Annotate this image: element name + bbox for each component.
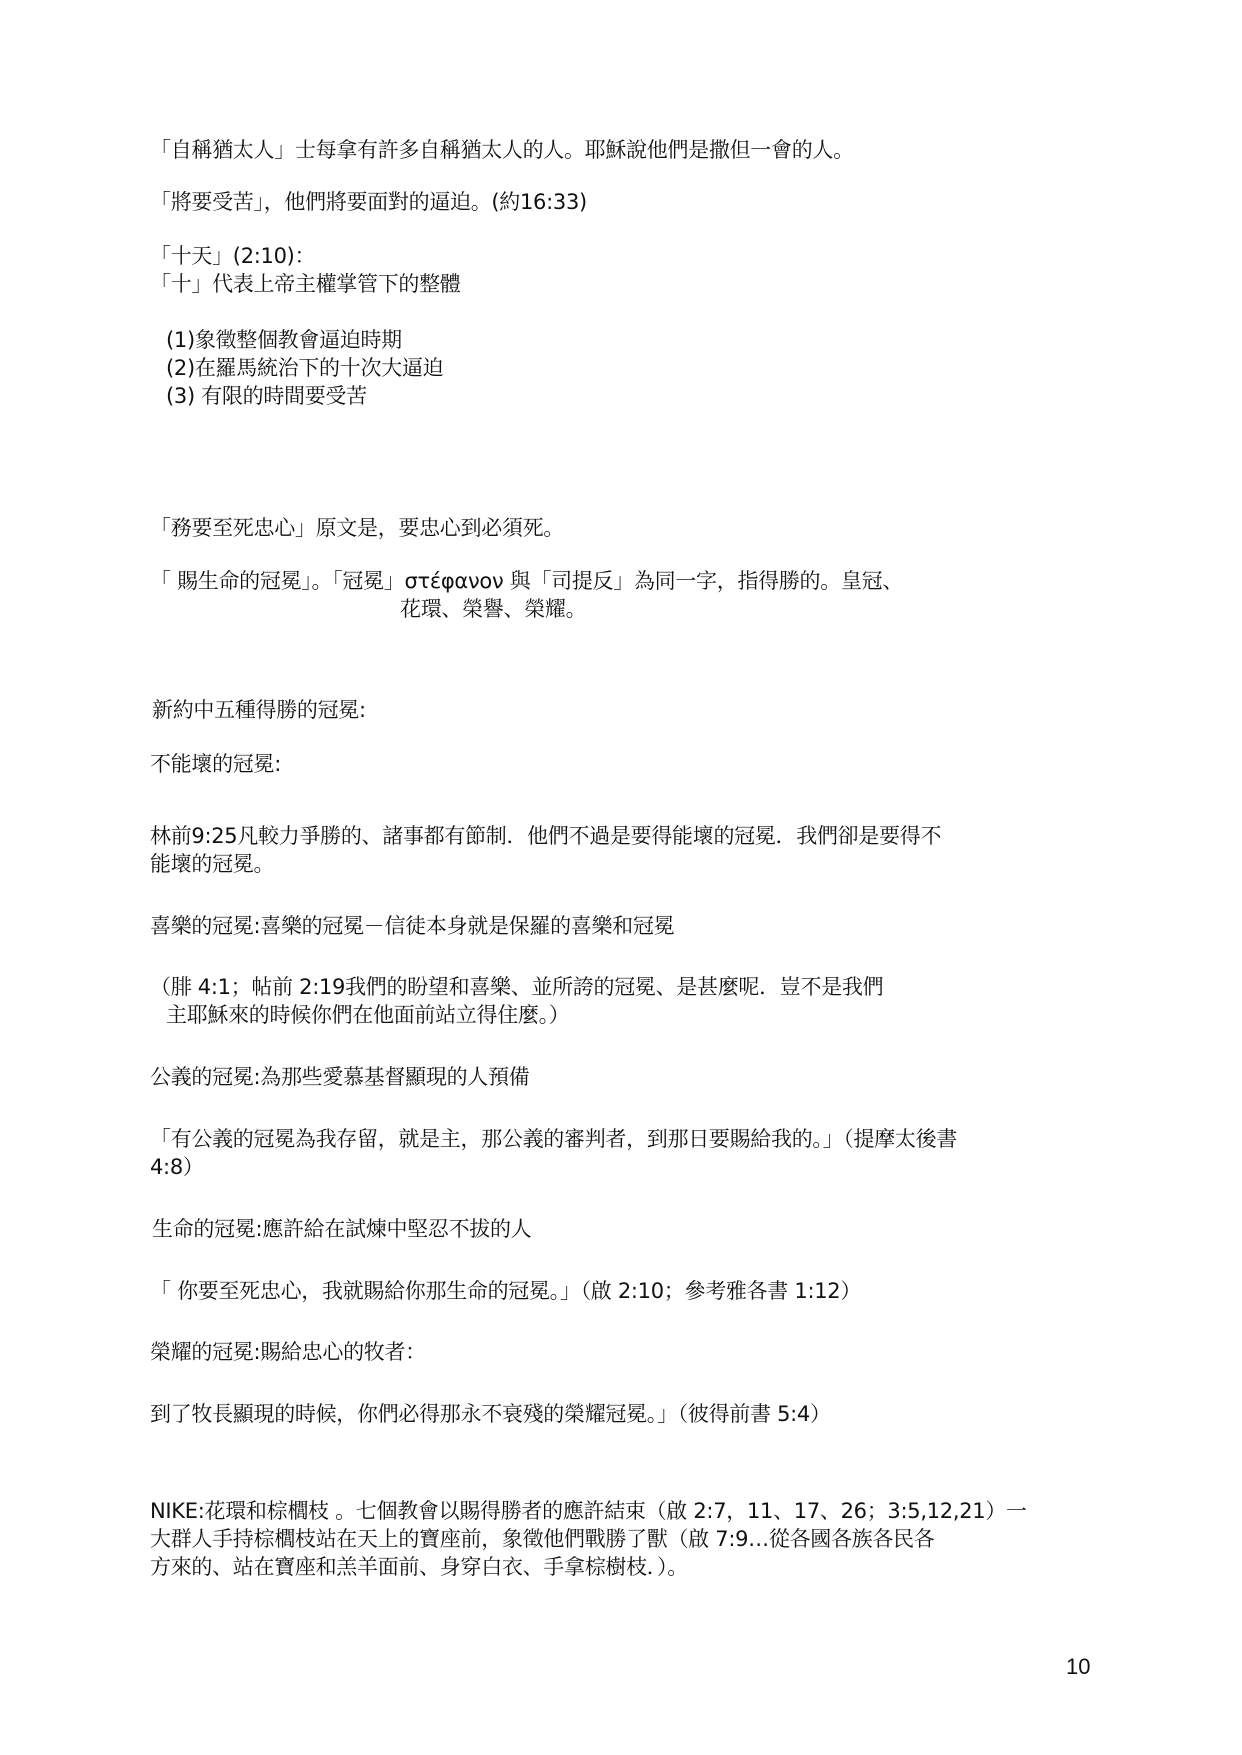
- paragraph-rev-2-10: 「 你要至死忠心，我就賜給你那生命的冠冕。」（啟 2:10；參考雅各書 1:12…: [150, 1277, 861, 1305]
- paragraph-be-faithful: 「務要至死忠心」原文是，要忠心到必須死。: [150, 514, 564, 542]
- paragraph-nike: NIKE:花環和棕櫚枝 。七個教會以賜得勝者的應許結束（啟 2:7，11、17、…: [150, 1497, 1027, 1525]
- paragraph-will-suffer: 「將要受苦」，他們將要面對的逼迫。(約16:33): [150, 188, 587, 216]
- paragraph-self-proclaimed-jews: 「自稱猶太人」士每拿有許多自稱猶太人的人。耶穌說他們是撒但一會的人。: [150, 136, 854, 164]
- paragraph-crown-of-life-cont: 花環、榮譽、榮耀。: [400, 595, 586, 623]
- page-number: 10: [1066, 1654, 1090, 1680]
- paragraph-ten-meaning: 「十」代表上帝主權掌管下的整體: [150, 270, 461, 298]
- paragraph-phil-thess: （腓 4:1；帖前 2:19我們的盼望和喜樂、並所誇的冠冕、是甚麼呢．豈不是我們: [150, 973, 883, 1001]
- paragraph-nike-cont-1: 大群人手持棕櫚枝站在天上的寶座前，象徵他們戰勝了獸（啟 7:9…從各國各族各民各: [150, 1525, 934, 1553]
- heading-five-crowns: 新約中五種得勝的冠冕:: [152, 696, 366, 724]
- list-item-3: (3) 有限的時間要受苦: [166, 382, 367, 410]
- paragraph-phil-thess-cont: 主耶穌來的時候你們在他面前站立得住麼。）: [166, 1001, 570, 1029]
- paragraph-1cor-9-25: 林前9:25凡較力爭勝的、諸事都有節制．他們不過是要得能壞的冠冕．我們卻是要得不: [150, 822, 941, 850]
- paragraph-crown-of-life: 「 賜生命的冠冕」。「冠冕」στέφανον 與「司提反」為同一字，指得勝的。皇…: [150, 567, 903, 595]
- list-item-1: (1)象徵整個教會逼迫時期: [166, 326, 402, 354]
- paragraph-2tim-4-8-cont: 4:8）: [150, 1153, 204, 1181]
- heading-crown-of-life: 生命的冠冕:應許給在試煉中堅忍不拔的人: [152, 1215, 531, 1243]
- paragraph-1pet-5-4: 到了牧長顯現的時候，你們必得那永不衰殘的榮耀冠冕。」（彼得前書 5:4）: [150, 1400, 831, 1428]
- paragraph-nike-cont-2: 方來的、站在寶座和羔羊面前、身穿白衣、手拿棕樹枝．）。: [150, 1553, 688, 1581]
- paragraph-1cor-9-25-cont: 能壞的冠冕。: [150, 850, 274, 878]
- heading-crown-of-glory: 榮耀的冠冕:賜給忠心的牧者：: [150, 1338, 426, 1366]
- heading-crown-of-righteousness: 公義的冠冕:為那些愛慕基督顯現的人預備: [150, 1063, 529, 1091]
- list-item-2: (2)在羅馬統治下的十次大逼迫: [166, 354, 443, 382]
- heading-incorruptible-crown: 不能壞的冠冕:: [150, 750, 281, 778]
- heading-crown-of-joy: 喜樂的冠冕:喜樂的冠冕－信徒本身就是保羅的喜樂和冠冕: [150, 912, 674, 940]
- heading-ten-days: 「十天」(2:10)：: [150, 242, 315, 270]
- paragraph-2tim-4-8: 「有公義的冠冕為我存留，就是主，那公義的審判者，到那日要賜給我的。」（提摩太後書: [150, 1125, 957, 1153]
